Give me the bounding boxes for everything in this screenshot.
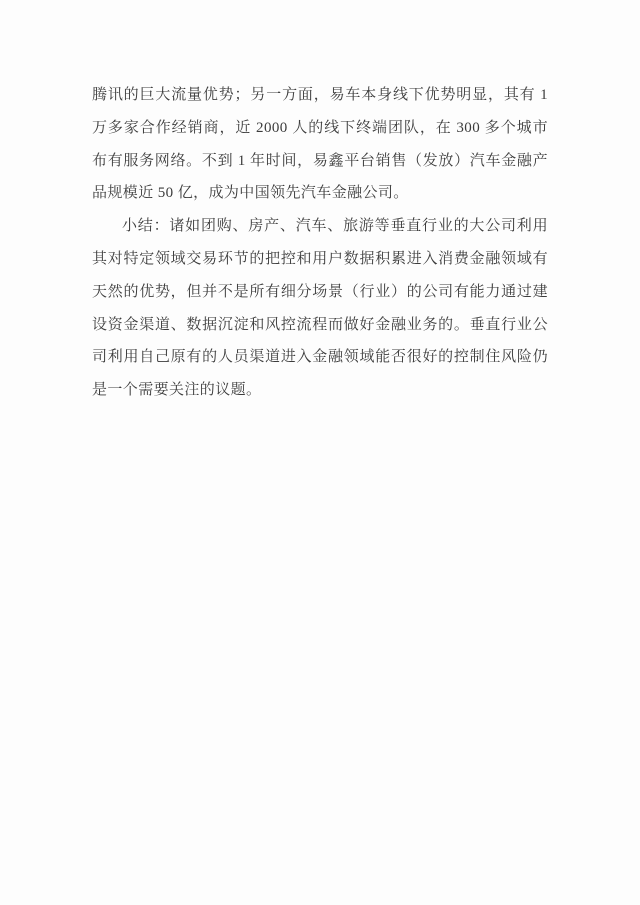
- paragraph-summary: 小结：诸如团购、房产、汽车、旅游等垂直行业的大公司利用其对特定领域交易环节的把控…: [92, 210, 548, 407]
- page-body: 腾讯的巨大流量优势；另一方面，易车本身线下优势明显，其有 1 万多家合作经销商，…: [0, 0, 640, 905]
- document-page: { "document": { "colors": { "background"…: [0, 0, 640, 905]
- paragraph-vertical-company-overview: 腾讯的巨大流量优势；另一方面，易车本身线下优势明显，其有 1 万多家合作经销商，…: [92, 79, 548, 210]
